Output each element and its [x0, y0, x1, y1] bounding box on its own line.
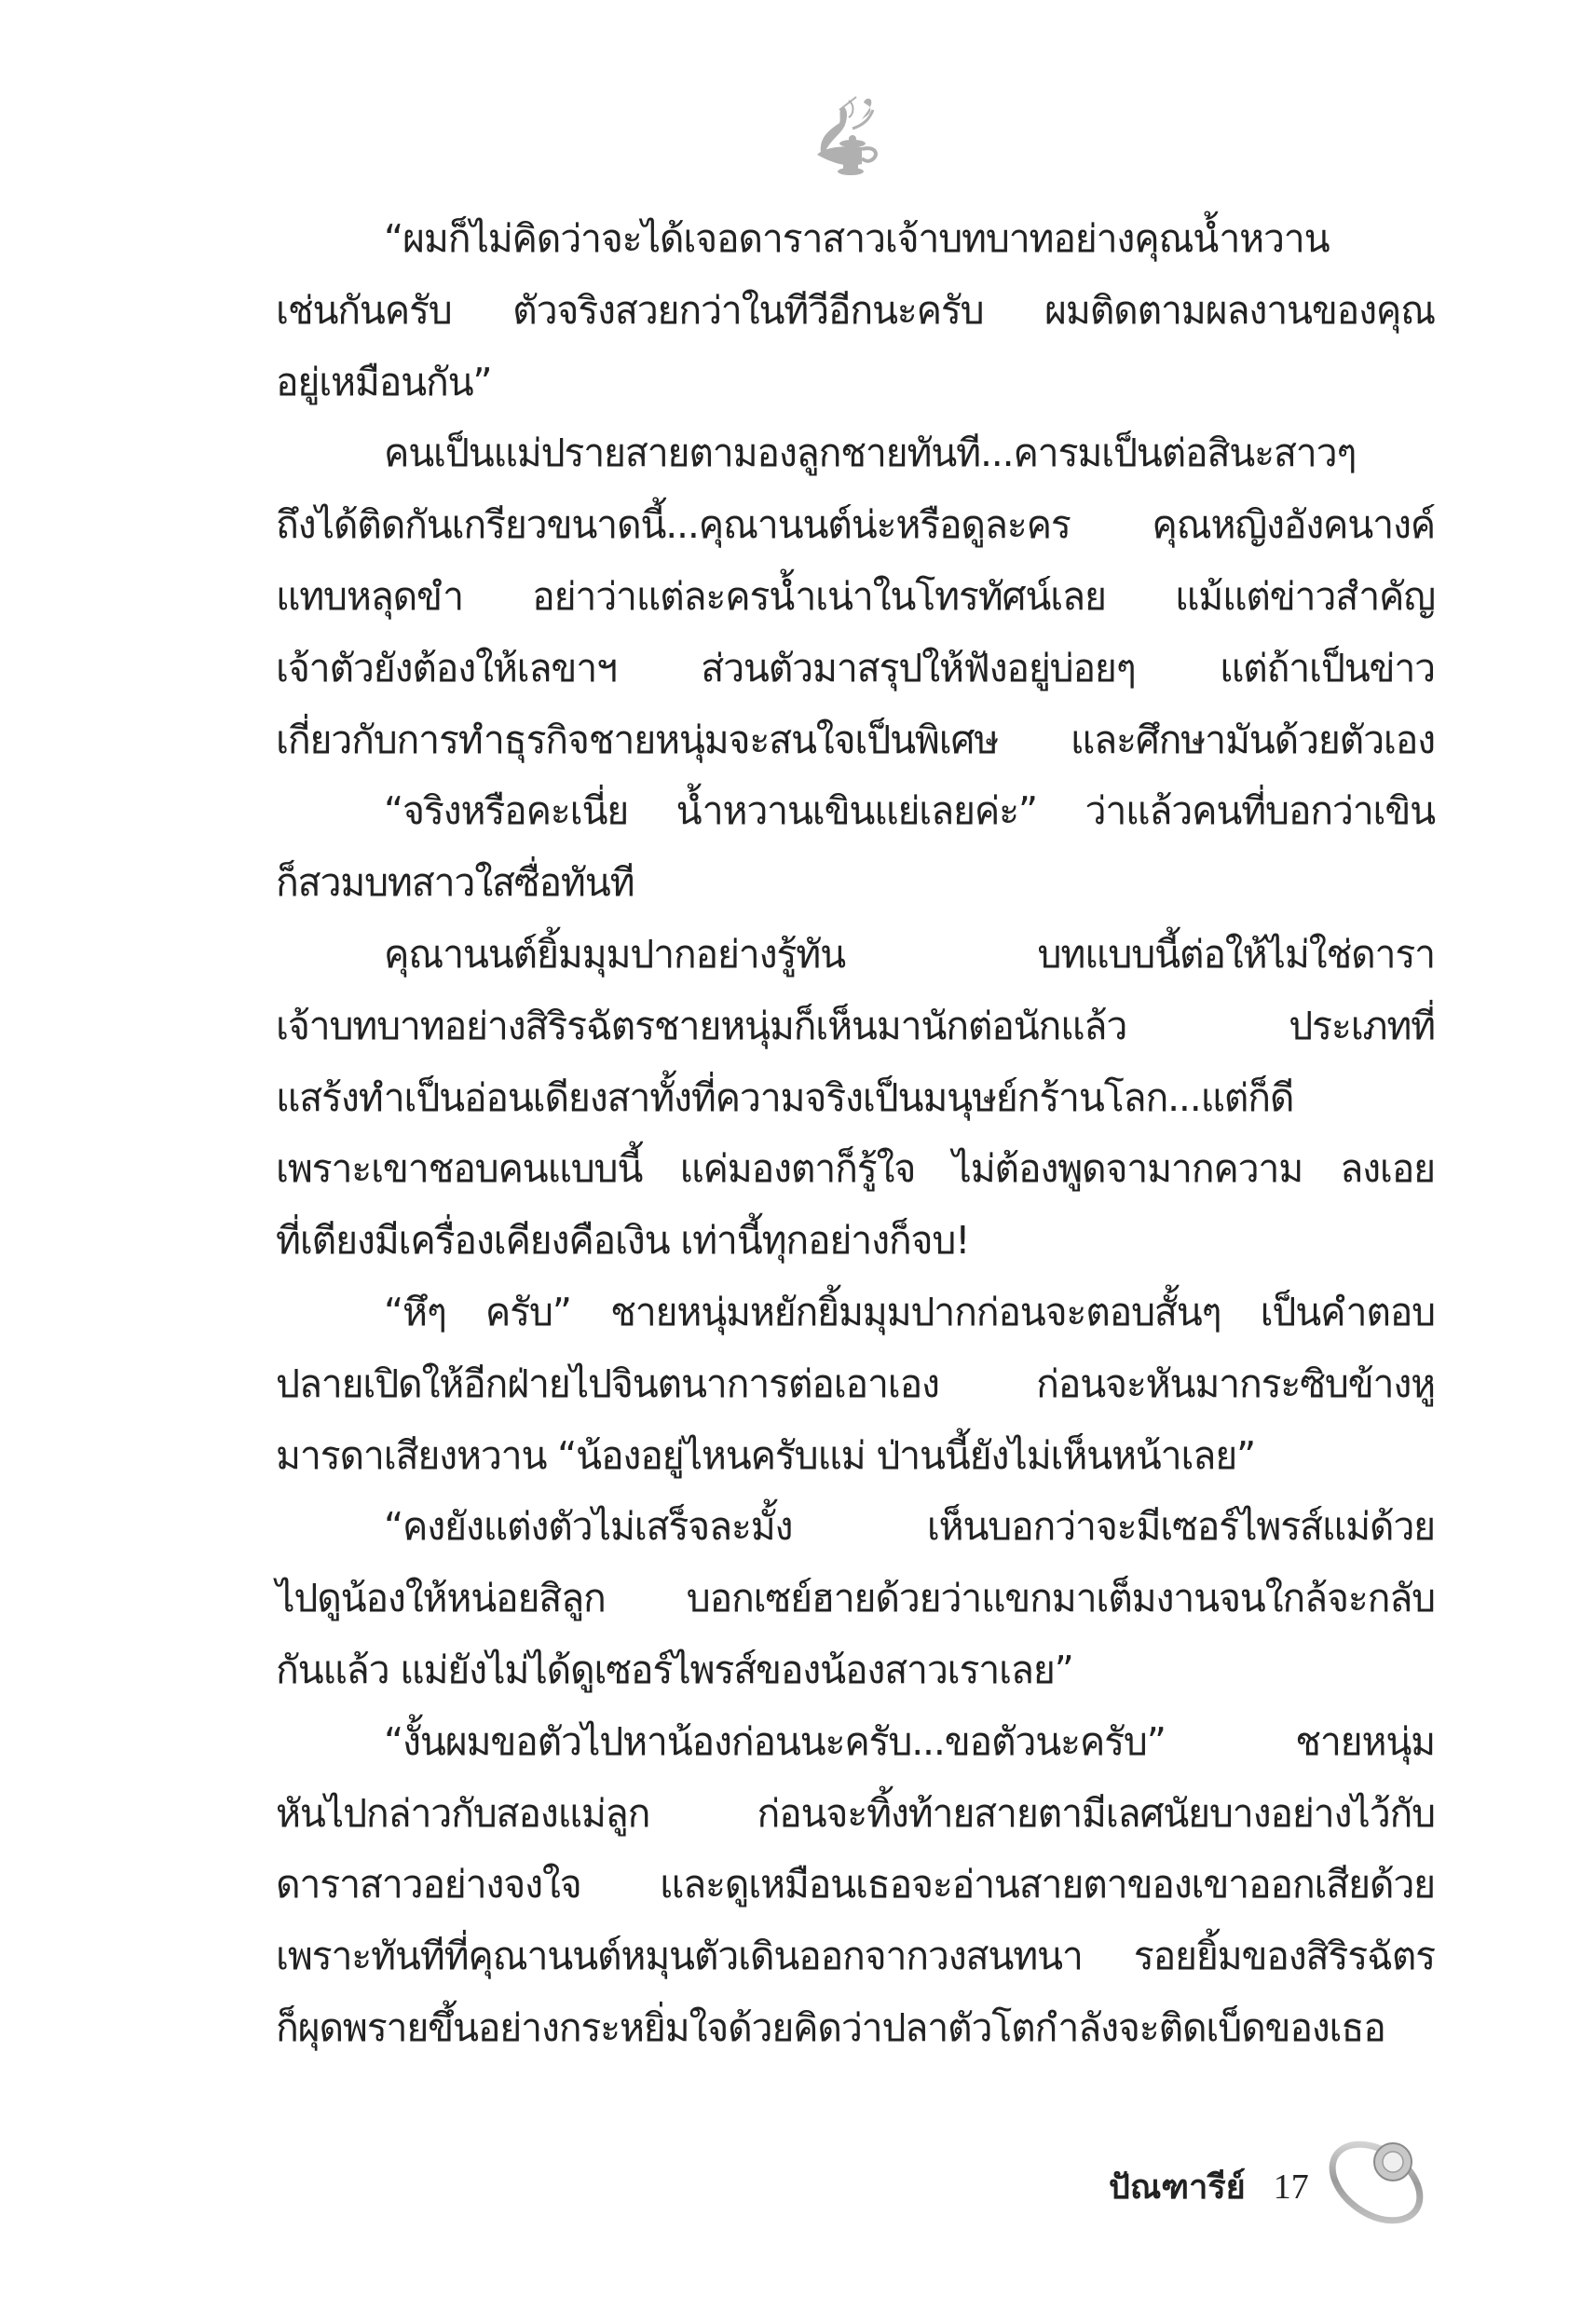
- author-name: ปัณฑารีย์: [1109, 2167, 1246, 2207]
- text-line: “งั้นผมขอตัวไปหาน้องก่อนนะครับ...ขอตัวนะ…: [276, 1706, 1435, 1778]
- text-line: ก็ผุดพรายขึ้นอย่างกระหยิ่มใจด้วยคิดว่าปล…: [276, 1992, 1435, 2064]
- page-number: 17: [1274, 2167, 1309, 2207]
- text-line: คุณานนต์ยิ้มมุมปากอย่างรู้ทัน บทแบบนี้ต่…: [276, 919, 1435, 991]
- page-body: “ผมก็ไม่คิดว่าจะได้เจอดาราสาวเจ้าบทบาทอย…: [276, 203, 1435, 2064]
- text-line: “จริงหรือคะเนี่ย น้ำหวานเขินแย่เลยค่ะ” ว…: [276, 775, 1435, 847]
- text-line: คนเป็นแม่ปรายสายตามองลูกชายทันที...คารมเ…: [276, 417, 1435, 489]
- text-line: “คงยังแต่งตัวไม่เสร็จละมั้ง เห็นบอกว่าจะ…: [276, 1491, 1435, 1563]
- text-line: กันแล้ว แม่ยังไม่ได้ดูเซอร์ไพรส์ของน้องส…: [276, 1634, 1435, 1706]
- text-line: แสร้งทำเป็นอ่อนเดียงสาทั้งที่ความจริงเป็…: [276, 1062, 1435, 1134]
- text-line: ปลายเปิดให้อีกฝ่ายไปจินตนาการต่อเอาเอง ก…: [276, 1348, 1435, 1420]
- text-line: ถึงได้ติดกันเกรียวขนาดนี้...คุณานนต์น่ะห…: [276, 489, 1435, 561]
- text-line: เจ้าบทบาทอย่างสิริรฉัตรชายหนุ่มก็เห็นมาน…: [276, 991, 1435, 1062]
- text-line: แทบหลุดขำ อย่าว่าแต่ละครน้ำเน่าในโทรทัศน…: [276, 561, 1435, 633]
- text-line: อยู่เหมือนกัน”: [276, 347, 1435, 418]
- text-line: ก็สวมบทสาวใสซื่อทันที: [276, 847, 1435, 919]
- text-line: “ผมก็ไม่คิดว่าจะได้เจอดาราสาวเจ้าบทบาทอย…: [276, 203, 1435, 275]
- cupid-lamp-ornament-icon: [797, 82, 899, 185]
- text-line: มารดาเสียงหวาน “น้องอยู่ไหนครับแม่ ป่านน…: [276, 1420, 1435, 1492]
- page-footer: ปัณฑารีย์17: [1109, 2160, 1309, 2213]
- book-page: “ผมก็ไม่คิดว่าจะได้เจอดาราสาวเจ้าบทบาทอย…: [0, 0, 1596, 2311]
- text-line: ไปดูน้องให้หน่อยสิลูก บอกเซย์ฮายด้วยว่าแ…: [276, 1563, 1435, 1634]
- text-line: หันไปกล่าวกับสองแม่ลูก ก่อนจะทิ้งท้ายสาย…: [276, 1778, 1435, 1850]
- text-line: ที่เตียงมีเครื่องเคียงคือเงิน เท่านี้ทุก…: [276, 1205, 1435, 1277]
- text-line: เจ้าตัวยังต้องให้เลขาฯ ส่วนตัวมาสรุปให้ฟ…: [276, 633, 1435, 704]
- text-line: ดาราสาวอย่างจงใจ และดูเหมือนเธอจะอ่านสาย…: [276, 1849, 1435, 1921]
- text-line: เพราะเขาชอบคนแบบนี้ แค่มองตาก็รู้ใจ ไม่ต…: [276, 1133, 1435, 1205]
- text-line: เช่นกันครับ ตัวจริงสวยกว่าในทีวีอีกนะครั…: [276, 275, 1435, 347]
- text-line: “หึๆ ครับ” ชายหนุ่มหยักยิ้มมุมปากก่อนจะต…: [276, 1277, 1435, 1348]
- text-line: เกี่ยวกับการทำธุรกิจชายหนุ่มจะสนใจเป็นพิ…: [276, 704, 1435, 776]
- text-line: เพราะทันทีที่คุณานนต์หมุนตัวเดินออกจากวง…: [276, 1921, 1435, 1992]
- ring-ornament-icon: [1318, 2125, 1449, 2236]
